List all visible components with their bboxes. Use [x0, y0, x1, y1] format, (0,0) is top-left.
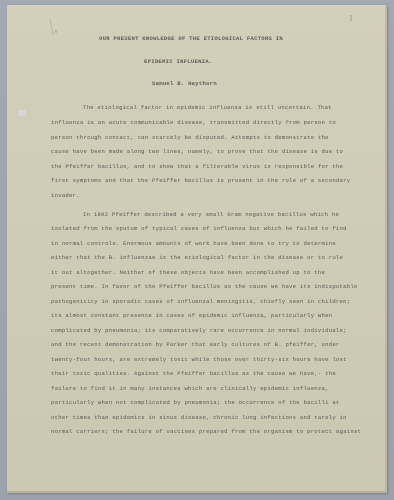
paper-mark [55, 30, 57, 33]
body-line: it out altogether. Neither of these obje… [51, 269, 325, 276]
body-line: invader. [51, 192, 80, 199]
paper-mark [49, 19, 53, 35]
paper-mark [350, 15, 352, 21]
body-line: other times than epidemics in sinus dise… [51, 414, 347, 421]
body-line: the Pfeiffer bacillus, and to show that … [51, 163, 343, 170]
body-line: and the recent demonstration by Parker t… [51, 341, 340, 348]
body-line: their toxic qualities. Against the Pfeif… [51, 370, 336, 377]
body-line: twenty-four hours, are extremely toxic w… [51, 356, 347, 363]
body-line: pathogenicity in sporadic cases of influ… [51, 298, 350, 305]
body-line: present time. In favor of the Pfeiffer b… [51, 283, 358, 290]
body-line: cause have been made along two lines, na… [51, 148, 343, 155]
body-line: influenza is an acute communicable disea… [51, 119, 336, 126]
body-line: failure to find it in many instances whi… [51, 385, 329, 392]
body-line: normal carriers; the failure of vaccines… [51, 428, 361, 435]
typewritten-page: OUR PRESENT KNOWLEDGE OF THE ETIOLOGICAL… [7, 5, 387, 493]
document-title-line-2: EPIDEMIC INFLUENZA. [144, 58, 213, 65]
body-line: first symptoms and that the Pfeiffer bac… [51, 177, 350, 184]
body-line: its almost constant presence in cases of… [51, 312, 332, 319]
paper-mark [18, 110, 26, 116]
body-line: particularly when not complicated by pne… [51, 399, 340, 406]
body-line: complicated by pneumonia; its comparativ… [51, 327, 347, 334]
body-line: isolated from the sputum of typical case… [51, 225, 347, 232]
body-line: in normal controls. Enormous amounts of … [51, 240, 336, 247]
body-line: person through contact, can scarcely be … [51, 134, 329, 141]
body-line: The etiological factor in epidemic influ… [83, 104, 332, 111]
body-line: either that the B. influenzae is the eti… [51, 254, 343, 261]
body-line: In 1892 Pfeiffer described a very small … [83, 211, 339, 218]
document-author: Samuel B. Haythorn [152, 80, 217, 87]
document-title-line-1: OUR PRESENT KNOWLEDGE OF THE ETIOLOGICAL… [99, 35, 283, 42]
